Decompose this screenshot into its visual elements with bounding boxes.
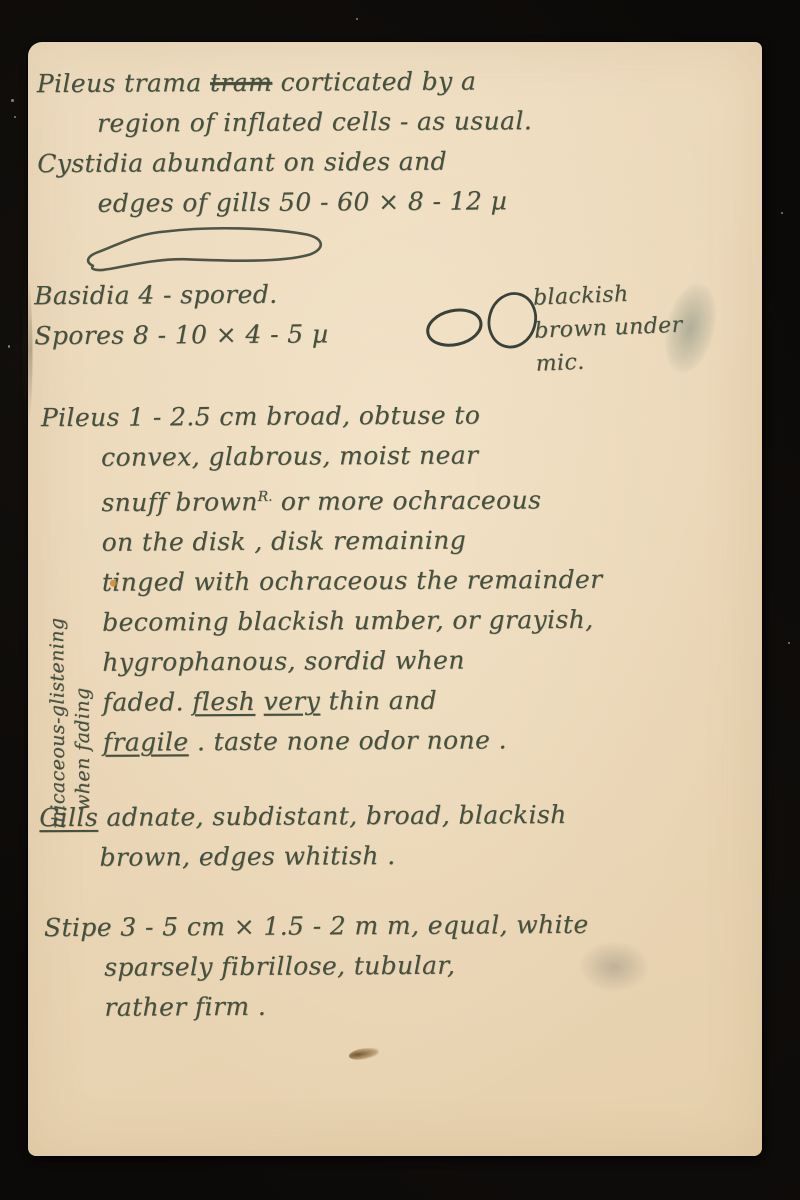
note-line: mic. bbox=[535, 342, 684, 381]
note-text: when fading bbox=[72, 687, 95, 811]
note-line: rather firm . bbox=[44, 985, 589, 1028]
note-text: thin and bbox=[320, 686, 437, 716]
note-line: when fading bbox=[69, 459, 96, 829]
note-text: . taste none odor none . bbox=[188, 726, 507, 757]
note-text: blackish bbox=[533, 282, 630, 311]
note-text: Spores 8 - 10 × 4 - 5 µ bbox=[34, 319, 328, 350]
note-text: mic. bbox=[535, 350, 585, 377]
note-text: rather firm . bbox=[104, 992, 266, 1022]
note-word-underline: flesh bbox=[192, 687, 255, 716]
dust-speck bbox=[11, 99, 14, 102]
note-line: Cystidia abundant on sides and bbox=[37, 141, 532, 184]
note-text: becoming blackish umber, or grayish, bbox=[102, 605, 594, 637]
trama-cystidia-paragraph: Pileus trama tram corticated by aregion … bbox=[37, 61, 533, 224]
dust-speck bbox=[8, 345, 10, 348]
note-line: Spores 8 - 10 × 4 - 5 µ bbox=[34, 314, 328, 356]
note-text: sparsely fibrillose, tubular, bbox=[104, 951, 455, 982]
note-text: Cystidia abundant on sides and bbox=[37, 147, 447, 179]
note-text: Basidia 4 - spored. bbox=[34, 280, 278, 310]
note-line: Basidia 4 - spored. bbox=[34, 274, 328, 316]
note-text: or more ochraceous bbox=[272, 485, 541, 516]
note-text: faded. bbox=[103, 688, 193, 718]
basidia-spores-paragraph: Basidia 4 - spored.Spores 8 - 10 × 4 - 5… bbox=[34, 274, 329, 356]
note-line: on the disk , disk remaining bbox=[42, 520, 603, 563]
note-text: brown, edges whitish . bbox=[99, 841, 395, 872]
note-line: faded. flesh very thin and bbox=[43, 680, 604, 723]
note-line: becoming blackish umber, or grayish, bbox=[42, 600, 603, 643]
note-line: Gills adnate, subdistant, broad, blackis… bbox=[39, 795, 567, 838]
note-text: Stipe 3 - 5 cm × 1.5 - 2 m m, equal, whi… bbox=[44, 910, 589, 942]
note-word-underline: Gills bbox=[39, 803, 98, 832]
note-text: convex, glabrous, moist near bbox=[101, 440, 478, 471]
note-card-content: Pileus trama tram corticated by aregion … bbox=[25, 40, 766, 1158]
paper-stain bbox=[110, 580, 117, 587]
note-line: micaceous-glistening bbox=[44, 459, 71, 829]
note-word-underline: fragile bbox=[103, 728, 189, 758]
vertical-margin-note: micaceous-glisteningwhen fading bbox=[44, 459, 98, 829]
cystidium-sketch bbox=[81, 218, 333, 278]
stipe-paragraph: Stipe 3 - 5 cm × 1.5 - 2 m m, equal, whi… bbox=[44, 905, 589, 1028]
gills-paragraph: Gills adnate, subdistant, broad, blackis… bbox=[39, 795, 567, 878]
note-line: brown, edges whitish . bbox=[39, 835, 567, 878]
pencil-smudge bbox=[578, 940, 650, 992]
card-edge-wear bbox=[22, 274, 33, 424]
spore-sketch bbox=[424, 287, 544, 358]
dust-speck bbox=[14, 116, 16, 118]
note-line: fragile . taste none odor none . bbox=[43, 720, 604, 763]
note-text: tinged with ochraceous the remainder bbox=[102, 565, 603, 597]
note-text: edges of gills 50 - 60 × 8 - 12 µ bbox=[97, 186, 507, 218]
note-line: tinged with ochraceous the remainder bbox=[42, 560, 603, 603]
note-line: Stipe 3 - 5 cm × 1.5 - 2 m m, equal, whi… bbox=[44, 905, 589, 948]
dust-speck bbox=[781, 212, 783, 214]
note-line: sparsely fibrillose, tubular, bbox=[44, 945, 589, 988]
note-line: brown under bbox=[534, 309, 683, 348]
note-text: brown under bbox=[534, 313, 683, 344]
note-line: hygrophanous, sordid when bbox=[42, 640, 603, 683]
note-text: on the disk , disk remaining bbox=[102, 526, 467, 557]
note-text: corticated by a bbox=[272, 66, 476, 96]
note-line: Pileus 1 - 2.5 cm broad, obtuse to bbox=[41, 395, 602, 438]
note-line: region of inflated cells - as usual. bbox=[37, 101, 532, 144]
note-line: Pileus trama tram corticated by a bbox=[37, 61, 532, 104]
note-text: Pileus trama bbox=[37, 68, 210, 98]
photo-of-note-card: { "colors": { "background_felt": "#0c0a0… bbox=[0, 0, 800, 1200]
note-text bbox=[255, 687, 264, 716]
note-text: hygrophanous, sordid when bbox=[102, 646, 465, 677]
note-line: snuff brownR. or more ochraceous bbox=[41, 475, 602, 524]
note-word-strike: tram bbox=[210, 68, 272, 97]
note-text: snuff brown bbox=[101, 487, 258, 517]
note-card: Pileus trama tram corticated by aregion … bbox=[28, 42, 762, 1156]
spore-color-annotation: blackishbrown undermic. bbox=[532, 276, 684, 381]
brown-stain bbox=[348, 1046, 379, 1061]
note-text: Pileus 1 - 2.5 cm broad, obtuse to bbox=[41, 400, 481, 432]
pileus-description-paragraph: Pileus 1 - 2.5 cm broad, obtuse toconvex… bbox=[41, 395, 604, 764]
note-text: adnate, subdistant, broad, blackish bbox=[98, 800, 567, 832]
note-text: region of inflated cells - as usual. bbox=[97, 106, 532, 138]
dust-speck bbox=[356, 18, 358, 20]
note-word-sup: R. bbox=[258, 489, 273, 505]
note-line: convex, glabrous, moist near bbox=[41, 435, 602, 478]
note-word-underline: very bbox=[264, 687, 321, 716]
dust-speck bbox=[788, 642, 790, 644]
